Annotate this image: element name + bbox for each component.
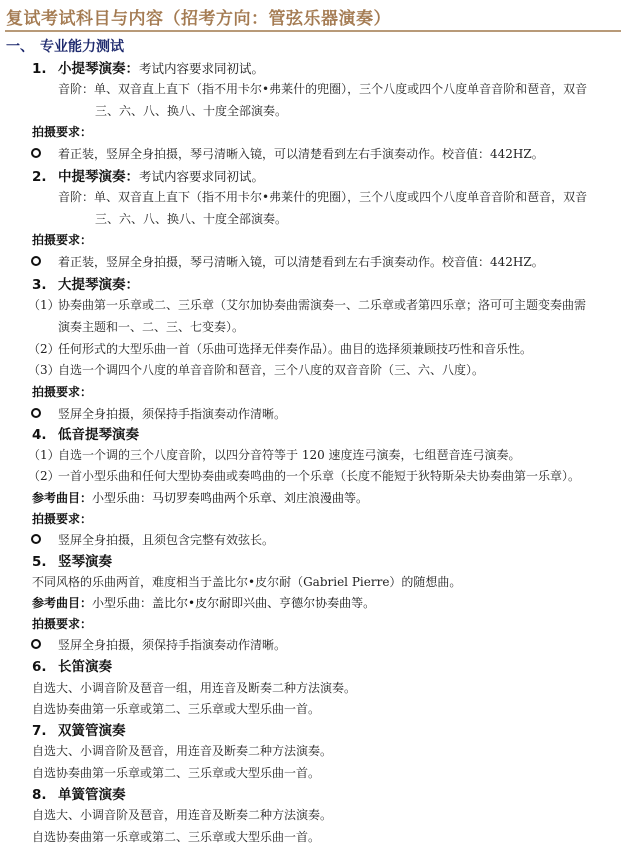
reference-repertoire: 参考曲目：小型乐曲：盖比尔•皮尔耐即兴曲、亨德尔协奏曲等。 (32, 594, 375, 611)
item-heading-viola: 2.中提琴演奏：考试内容要求同初试。 (32, 165, 264, 185)
flute-line-1: 自选大、小调音阶及琶音一组，用连音及断奏二种方法演奏。 (32, 679, 356, 696)
item-heading-oboe: 7.双簧管演奏 (32, 719, 126, 739)
oboe-line-2: 自选协奏曲第一乐章或第二、三乐章或大型乐曲一首。 (32, 764, 320, 781)
requirement-2: （2）任何形式的大型乐曲一首（乐曲可选择无伴奏作品）。曲目的选择须兼顾技巧性和音… (58, 340, 532, 357)
requirement-3: （3）自选一个调四个八度的单音音阶和琶音，三个八度的双音音阶（三、六、八度）。 (58, 361, 484, 378)
section-heading: 一、专业能力测试 (6, 36, 124, 56)
scale-text: 音阶：单、双音直上直下（指不用卡尔•弗莱什的兜圈），三个八度或四个八度单音音阶和… (58, 80, 587, 97)
photo-requirement-item: 竖屏全身拍摄，须保持手指演奏动作清晰。 (58, 405, 286, 422)
section-number: 一、 (6, 36, 40, 56)
photo-requirement-item: 竖屏全身拍摄，且须包含完整有效弦长。 (58, 531, 274, 548)
scale-text-cont: 三、六、八、换八、十度全部演奏。 (95, 210, 287, 227)
item-heading-violin: 1.小提琴演奏：考试内容要求同初试。 (32, 57, 264, 77)
hollow-bullet-icon (31, 148, 41, 158)
requirement-1-cont: 演奏主题和一、二、三、七变奏）。 (58, 318, 244, 335)
item-heading-harp: 5.竖琴演奏 (32, 550, 112, 570)
photo-requirements-label: 拍摄要求： (32, 615, 92, 632)
photo-requirements-label: 拍摄要求： (32, 383, 92, 400)
item-heading-cello: 3.大提琴演奏： (32, 273, 139, 293)
requirement-2: （2）一首小型乐曲和任何大型协奏曲或奏鸣曲的一个乐章（长度不能短于狄特斯朵夫协奏… (58, 467, 580, 484)
hollow-bullet-icon (31, 534, 41, 544)
requirement-1: （1）自选一个调的三个八度音阶，以四分音符等于 120 速度连弓演奏，七组琶音连… (58, 446, 521, 463)
photo-requirements-label: 拍摄要求： (32, 123, 92, 140)
oboe-line-1: 自选大、小调音阶及琶音，用连音及断奏二种方法演奏。 (32, 742, 332, 759)
photo-requirements-label: 拍摄要求： (32, 231, 92, 248)
clarinet-line-2: 自选协奏曲第一乐章或第二、三乐章或大型乐曲一首。 (32, 828, 320, 845)
page-title: 复试考试科目与内容（招考方向：管弦乐器演奏） (6, 4, 391, 29)
photo-requirements-label: 拍摄要求： (32, 510, 92, 527)
photo-requirement-item: 着正装，竖屏全身拍摄，琴弓清晰入镜，可以清楚看到左右手演奏动作。校音值：442H… (58, 145, 544, 162)
reference-repertoire: 参考曲目：小型乐曲：马切罗奏鸣曲两个乐章、刘庄浪漫曲等。 (32, 489, 368, 506)
scale-text-cont: 三、六、八、换八、十度全部演奏。 (95, 102, 287, 119)
hollow-bullet-icon (31, 639, 41, 649)
title-divider (5, 30, 621, 32)
hollow-bullet-icon (31, 408, 41, 418)
item-heading-clarinet: 8.单簧管演奏 (32, 783, 126, 803)
photo-requirement-item: 竖屏全身拍摄，须保持手指演奏动作清晰。 (58, 636, 286, 653)
clarinet-line-1: 自选大、小调音阶及琶音，用连音及断奏二种方法演奏。 (32, 806, 332, 823)
photo-requirement-item: 着正装，竖屏全身拍摄，琴弓清晰入镜，可以清楚看到左右手演奏动作。校音值：442H… (58, 253, 544, 270)
hollow-bullet-icon (31, 256, 41, 266)
harp-description: 不同风格的乐曲两首，难度相当于盖比尔•皮尔耐（Gabriel Pierre）的随… (32, 573, 461, 590)
item-heading-double-bass: 4.低音提琴演奏 (32, 423, 139, 443)
document-page: 复试考试科目与内容（招考方向：管弦乐器演奏） 一、专业能力测试 1.小提琴演奏：… (0, 0, 626, 852)
requirement-1: （1）协奏曲第一乐章或二、三乐章（艾尔加协奏曲需演奏一、二乐章或者第四乐章；洛可… (58, 296, 586, 313)
section-label: 专业能力测试 (40, 39, 124, 55)
scale-text: 音阶：单、双音直上直下（指不用卡尔•弗莱什的兜圈），三个八度或四个八度单音音阶和… (58, 188, 587, 205)
flute-line-2: 自选协奏曲第一乐章或第二、三乐章或大型乐曲一首。 (32, 700, 320, 717)
item-heading-flute: 6.长笛演奏 (32, 655, 112, 675)
